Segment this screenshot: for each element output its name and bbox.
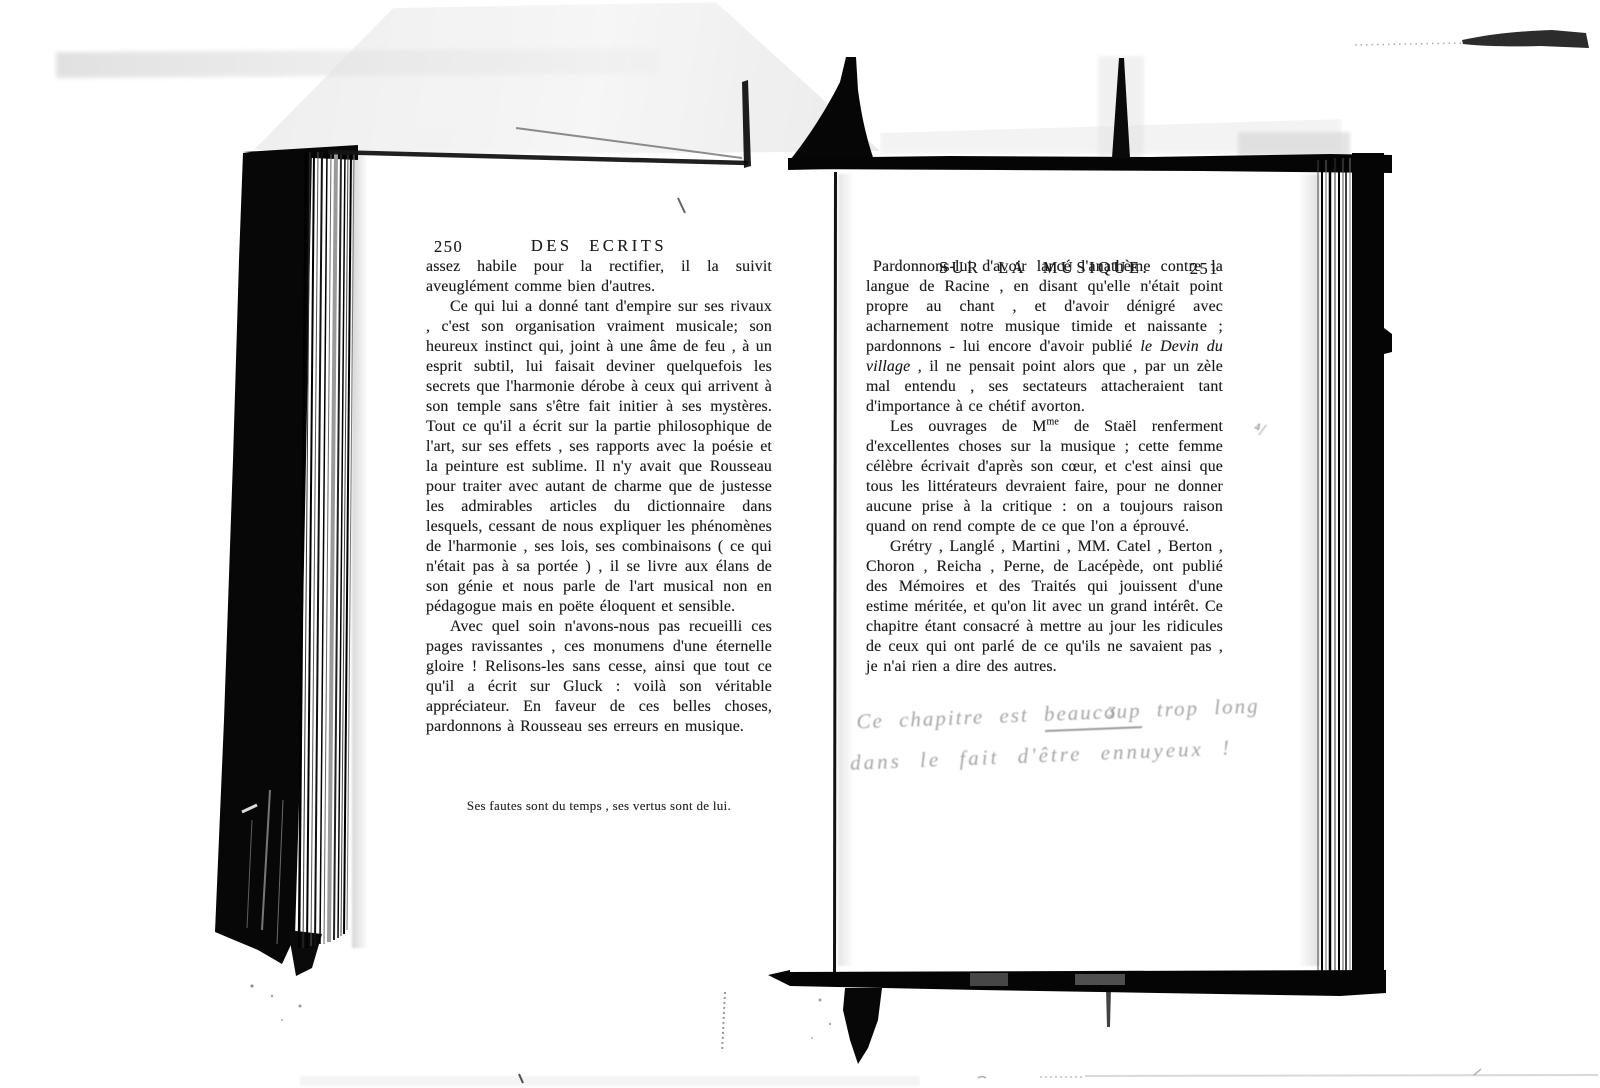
paragraph-text: Les ouvrages de M — [890, 418, 1047, 435]
paragraph-text: de Staël renferment d'excellentes choses… — [866, 418, 1223, 535]
left-page-text: assez habile pour la rectifier, il la su… — [426, 257, 772, 737]
margin-mark: ⁴/ — [1253, 419, 1266, 440]
paragraph-continuation: assez habile pour la rectifier, il la su… — [426, 257, 772, 297]
top-smudge-left-page — [328, 128, 748, 213]
paragraph: Les ouvrages de Mme de Staël renferment … — [866, 417, 1223, 537]
right-page-text: Pardonnons-lui d'avoir lancé l'anathème … — [866, 257, 1223, 677]
paragraph: Avec quel soin n'avons-nous pas recueill… — [426, 617, 772, 737]
annotation-text: trop long — [1141, 693, 1260, 722]
running-header-left: DES ECRITS — [426, 236, 772, 256]
bottom-artifacts — [519, 1069, 1598, 1083]
page-number-left: 250 — [434, 237, 463, 257]
paragraph-text: , il ne pensait point alors que , par un… — [866, 358, 1223, 415]
paragraph: Grétry , Langlé , Martini , MM. Catel , … — [866, 537, 1223, 677]
left-page-header: 250 DES ECRITS — [426, 236, 772, 258]
page-frame-top-bar — [788, 58, 1392, 173]
paragraph: Ce qui lui a donné tant d'empire sur ses… — [426, 297, 772, 617]
superscript: me — [1047, 417, 1060, 428]
paragraph: Pardonnons-lui d'avoir lancé l'anathème … — [866, 257, 1223, 417]
footnote: Ses fautes sont du temps , ses vertus so… — [426, 798, 772, 814]
top-right-smear — [1355, 30, 1589, 48]
page-edge-lines-right — [1318, 153, 1392, 993]
annotation-underlined-word: beaucoup — [1043, 698, 1142, 732]
scan-artifacts — [0, 0, 1600, 1088]
annotation-flourish: ʓ — [1108, 700, 1116, 720]
book-scan: 250 DES ECRITS assez habile pour la rect… — [0, 0, 1600, 1088]
